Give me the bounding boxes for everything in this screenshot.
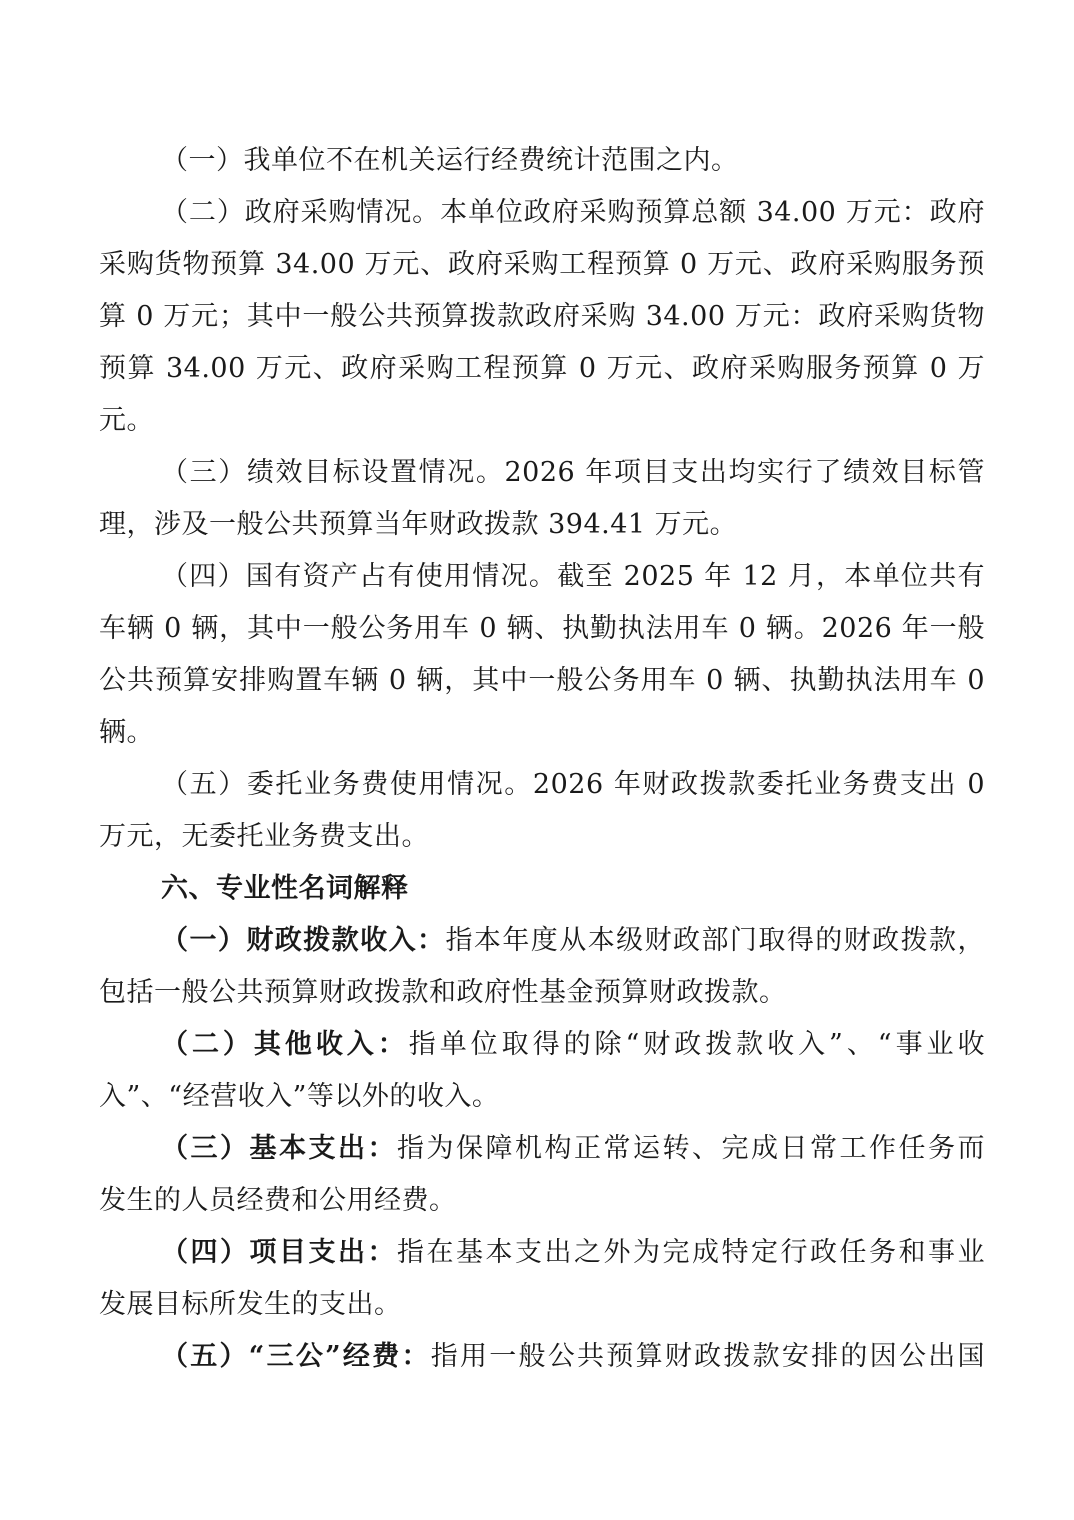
bold-term-text: （四）项目支出：: [161, 1237, 397, 1268]
text-line: （二）政府采购情况。本单位政府采购预算总额 34.00 万元：政府: [99, 187, 985, 239]
body-text: （五）委托业务费使用情况。2026 年财政拨款委托业务费支出 0: [161, 769, 985, 800]
term-basic-expenditure: （三）基本支出：指为保障机构正常运转、完成日常工作任务而发生的人员经费和公用经费…: [99, 1123, 985, 1227]
bold-term-text: （三）基本支出：: [161, 1133, 397, 1164]
body-text: 发展目标所发生的支出。: [99, 1289, 402, 1320]
body-text: 采购货物预算 34.00 万元、政府采购工程预算 0 万元、政府采购服务预: [99, 249, 985, 280]
bold-term-text: （五）“三公”经费：: [161, 1341, 431, 1372]
text-line: 六、专业性名词解释: [99, 863, 985, 915]
body-text: 算 0 万元；其中一般公共预算拨款政府采购 34.00 万元：政府采购货物: [99, 301, 985, 332]
bold-term-text: （二）其他收入：: [161, 1029, 409, 1060]
document-body: （一）我单位不在机关运行经费统计范围之内。（二）政府采购情况。本单位政府采购预算…: [99, 135, 985, 1383]
bold-term-text: （一）财政拨款收入：: [161, 925, 445, 956]
body-text: 辆。: [99, 717, 154, 748]
body-text: （二）政府采购情况。本单位政府采购预算总额 34.00 万元：政府: [161, 197, 985, 228]
document-page: （一）我单位不在机关运行经费统计范围之内。（二）政府采购情况。本单位政府采购预算…: [0, 0, 1074, 1520]
body-text: 包括一般公共预算财政拨款和政府性基金预算财政拨款。: [99, 977, 787, 1008]
body-text: 元。: [99, 405, 154, 436]
text-line: （一）我单位不在机关运行经费统计范围之内。: [99, 135, 985, 187]
text-line: （二）其他收入：指单位取得的除“财政拨款收入”、“事业收: [99, 1019, 985, 1071]
bold-term-text: 六、专业性名词解释: [161, 873, 409, 904]
text-line: 算 0 万元；其中一般公共预算拨款政府采购 34.00 万元：政府采购货物: [99, 291, 985, 343]
body-text: 公共预算安排购置车辆 0 辆，其中一般公务用车 0 辆、执勤执法用车 0: [99, 665, 985, 696]
term-project-expenditure: （四）项目支出：指在基本支出之外为完成特定行政任务和事业发展目标所发生的支出。: [99, 1227, 985, 1331]
text-line: 理，涉及一般公共预算当年财政拨款 394.41 万元。: [99, 499, 985, 551]
text-line: 预算 34.00 万元、政府采购工程预算 0 万元、政府采购服务预算 0 万: [99, 343, 985, 395]
body-text: （四）国有资产占有使用情况。截至 2025 年 12 月，本单位共有: [161, 561, 985, 592]
text-line: （五）委托业务费使用情况。2026 年财政拨款委托业务费支出 0: [99, 759, 985, 811]
text-line: 发展目标所发生的支出。: [99, 1279, 985, 1331]
body-text: 指单位取得的除“财政拨款收入”、“事业收: [409, 1029, 985, 1060]
text-line: （五）“三公”经费：指用一般公共预算财政拨款安排的因公出国: [99, 1331, 985, 1383]
text-line: （三）基本支出：指为保障机构正常运转、完成日常工作任务而: [99, 1123, 985, 1175]
text-line: （四）项目支出：指在基本支出之外为完成特定行政任务和事业: [99, 1227, 985, 1279]
text-line: 采购货物预算 34.00 万元、政府采购工程预算 0 万元、政府采购服务预: [99, 239, 985, 291]
text-line: 万元，无委托业务费支出。: [99, 811, 985, 863]
text-line: 包括一般公共预算财政拨款和政府性基金预算财政拨款。: [99, 967, 985, 1019]
para-agency-operating-expense: （一）我单位不在机关运行经费统计范围之内。: [99, 135, 985, 187]
term-three-public-funds: （五）“三公”经费：指用一般公共预算财政拨款安排的因公出国: [99, 1331, 985, 1383]
body-text: 万元，无委托业务费支出。: [99, 821, 429, 852]
para-government-procurement: （二）政府采购情况。本单位政府采购预算总额 34.00 万元：政府采购货物预算 …: [99, 187, 985, 447]
text-line: 入”、“经营收入”等以外的收入。: [99, 1071, 985, 1123]
text-line: （一）财政拨款收入：指本年度从本级财政部门取得的财政拨款，: [99, 915, 985, 967]
text-line: （四）国有资产占有使用情况。截至 2025 年 12 月，本单位共有: [99, 551, 985, 603]
text-line: （三）绩效目标设置情况。2026 年项目支出均实行了绩效目标管: [99, 447, 985, 499]
term-other-income: （二）其他收入：指单位取得的除“财政拨款收入”、“事业收入”、“经营收入”等以外…: [99, 1019, 985, 1123]
heading-terminology: 六、专业性名词解释: [99, 863, 985, 915]
body-text: 指本年度从本级财政部门取得的财政拨款，: [445, 925, 985, 956]
body-text: 发生的人员经费和公用经费。: [99, 1185, 457, 1216]
text-line: 公共预算安排购置车辆 0 辆，其中一般公务用车 0 辆、执勤执法用车 0: [99, 655, 985, 707]
body-text: 预算 34.00 万元、政府采购工程预算 0 万元、政府采购服务预算 0 万: [99, 353, 985, 384]
body-text: （一）我单位不在机关运行经费统计范围之内。: [161, 145, 739, 176]
body-text: 指在基本支出之外为完成特定行政任务和事业: [397, 1237, 985, 1268]
para-entrusted-business-fee: （五）委托业务费使用情况。2026 年财政拨款委托业务费支出 0万元，无委托业务…: [99, 759, 985, 863]
body-text: 指为保障机构正常运转、完成日常工作任务而: [397, 1133, 985, 1164]
text-line: 元。: [99, 395, 985, 447]
text-line: 辆。: [99, 707, 985, 759]
body-text: 指用一般公共预算财政拨款安排的因公出国: [431, 1341, 985, 1372]
body-text: 理，涉及一般公共预算当年财政拨款 394.41 万元。: [99, 509, 737, 540]
para-performance-targets: （三）绩效目标设置情况。2026 年项目支出均实行了绩效目标管理，涉及一般公共预…: [99, 447, 985, 551]
term-fiscal-appropriation-income: （一）财政拨款收入：指本年度从本级财政部门取得的财政拨款，包括一般公共预算财政拨…: [99, 915, 985, 1019]
body-text: （三）绩效目标设置情况。2026 年项目支出均实行了绩效目标管: [161, 457, 985, 488]
body-text: 入”、“经营收入”等以外的收入。: [99, 1081, 499, 1112]
body-text: 车辆 0 辆，其中一般公务用车 0 辆、执勤执法用车 0 辆。2026 年一般: [99, 613, 985, 644]
text-line: 车辆 0 辆，其中一般公务用车 0 辆、执勤执法用车 0 辆。2026 年一般: [99, 603, 985, 655]
text-line: 发生的人员经费和公用经费。: [99, 1175, 985, 1227]
para-state-owned-assets: （四）国有资产占有使用情况。截至 2025 年 12 月，本单位共有车辆 0 辆…: [99, 551, 985, 759]
